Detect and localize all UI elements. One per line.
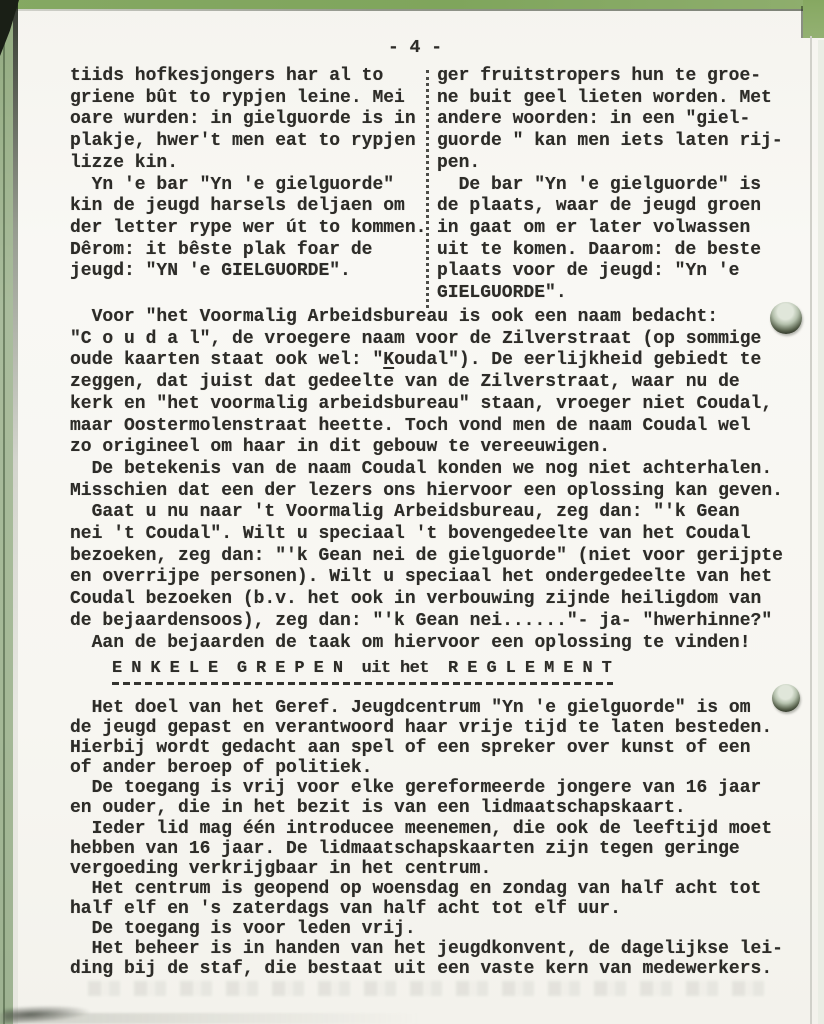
text-line: tiids hofkesjongers har al to xyxy=(70,66,426,88)
text-line: de jeugd gepast en verantwoord haar vrij… xyxy=(70,718,783,738)
text-line: guorde " kan men iets laten rij- xyxy=(437,131,783,153)
ink-bleedthrough xyxy=(88,981,772,996)
text-line: hebben van 16 jaar. De lidmaatschapskaar… xyxy=(70,839,783,859)
text-line: GIELGUORDE". xyxy=(437,283,783,305)
text-line: Hierbij wordt gedacht aan spel of een sp… xyxy=(70,738,783,758)
text-line: lizze kin. xyxy=(70,153,426,175)
page-number: - 4 - xyxy=(388,38,442,58)
scan-right-sliver xyxy=(818,40,824,1024)
text-line: Misschien dat een der lezers ons hiervoo… xyxy=(70,481,783,503)
text-line: oare wurden: in gielguorde is in xyxy=(70,109,426,131)
text-line: vergoeding verkrijgbaar in het centrum. xyxy=(70,859,783,879)
text-line: Gaat u nu naar 't Voormalig Arbeidsburea… xyxy=(70,502,783,524)
text-line: nei 't Coudal". Wilt u speciaal 't boven… xyxy=(70,524,783,546)
text-line: de plaats, waar de jeugd groen xyxy=(437,196,783,218)
text-line: oude kaarten staat ook wel: "Koudal"). D… xyxy=(70,350,783,372)
section-heading: E N K E L E G R E P E N uit het R E G L … xyxy=(112,658,611,680)
text-line: in gaat om er later volwassen xyxy=(437,218,783,240)
text-line: zeggen, dat juist dat gedeelte van de Zi… xyxy=(70,372,783,394)
text-line: Het doel van het Geref. Jeugdcentrum "Yn… xyxy=(70,698,783,718)
text-line: "C o u d a l", de vroegere naam voor de … xyxy=(70,329,783,351)
scan-binding-top-edge xyxy=(0,0,824,9)
text-line: bezoeken, zeg dan: "'k Gean nei de gielg… xyxy=(70,546,783,568)
text-line: ger fruitstropers hun te groe- xyxy=(437,66,783,88)
text-line: der letter rype wer út to kommen. xyxy=(70,218,426,240)
text-line: Voor "het Voormalig Arbeidsbureau is ook… xyxy=(70,307,783,329)
binder-hole-top xyxy=(770,302,802,334)
heading-dashed-underline xyxy=(112,682,613,685)
text-line: Coudal bezoeken (b.v. het ook in verbouw… xyxy=(70,589,783,611)
text-line: Ieder lid mag één introducee meenemen, d… xyxy=(70,819,783,839)
column-left: tiids hofkesjongers har al togriene bût … xyxy=(70,66,426,283)
page-right-edge-line xyxy=(810,36,812,1024)
text-line: half elf en 's zaterdags van half acht t… xyxy=(70,899,783,919)
text-line: of ander beroep of politiek. xyxy=(70,758,783,778)
text-line: De bar "Yn 'e gielguorde" is xyxy=(437,175,783,197)
text-line: de bejaardensoos), zeg dan: "'k Gean nei… xyxy=(70,611,783,633)
text-line: kerk en "het voormalig arbeidsbureau" st… xyxy=(70,394,783,416)
text-line: andere woorden: in een "giel- xyxy=(437,109,783,131)
text-line: De betekenis van de naam Coudal konden w… xyxy=(70,459,783,481)
bottom-scan-band xyxy=(0,1013,420,1024)
binder-hole-bottom xyxy=(772,684,800,712)
text-line: Dêrom: it bêste plak foar de xyxy=(70,240,426,262)
text-line: ding bij de staf, die bestaat uit een va… xyxy=(70,959,783,979)
text-line: en overrijpe personen). Wilt u speciaal … xyxy=(70,567,783,589)
text-line: zo origineel om haar in dit gebouw te ve… xyxy=(70,437,783,459)
text-line: Yn 'e bar "Yn 'e gielguorde" xyxy=(70,175,426,197)
text-line: en ouder, die in het bezit is van een li… xyxy=(70,798,783,818)
text-line: ne buit geel lieten worden. Met xyxy=(437,88,783,110)
text-line: De toegang is vrij voor elke gereformeer… xyxy=(70,778,783,798)
column-divider-dotted-line xyxy=(426,70,429,308)
text-line: jeugd: "YN 'e GIELGUORDE". xyxy=(70,261,426,283)
section-heading-text: E N K E L E G R E P E N uit het R E G L … xyxy=(112,658,611,680)
text-line: plakje, hwer't men eat to rypjen xyxy=(70,131,426,153)
text-line: uit te komen. Daarom: de beste xyxy=(437,240,783,262)
text-line: kin de jeugd harsels deljaen om xyxy=(70,196,426,218)
text-line: pen. xyxy=(437,153,783,175)
scan-top-edge-shadow xyxy=(0,9,824,11)
text-line: Aan de bejaarden de taak om hiervoor een… xyxy=(70,633,783,655)
reglement-paragraphs: Het doel van het Geref. Jeugdcentrum "Yn… xyxy=(70,698,783,979)
text-line: De toegang is voor leden vrij. xyxy=(70,919,783,939)
coudal-paragraphs: Voor "het Voormalig Arbeidsbureau is ook… xyxy=(70,307,783,654)
text-line: griene bût to rypjen leine. Mei xyxy=(70,88,426,110)
scanned-document-page: - 4 - tiids hofkesjongers har al togrien… xyxy=(0,0,824,1024)
text-line: Het centrum is geopend op woensdag en zo… xyxy=(70,879,783,899)
scan-binding-top-right-corner xyxy=(803,0,824,38)
page-left-edge-shadow xyxy=(13,0,18,1024)
column-right: ger fruitstropers hun te groe-ne buit ge… xyxy=(437,66,783,305)
text-line: maar Oostermolenstraat heette. Toch vond… xyxy=(70,416,783,438)
scan-left-edge-line xyxy=(3,0,5,1024)
scan-top-right-edge-line xyxy=(801,6,803,38)
text-line: plaats voor de jeugd: "Yn 'e xyxy=(437,261,783,283)
text-line: Het beheer is in handen van het jeugdkon… xyxy=(70,939,783,959)
scan-binding-left-edge xyxy=(0,0,13,1024)
